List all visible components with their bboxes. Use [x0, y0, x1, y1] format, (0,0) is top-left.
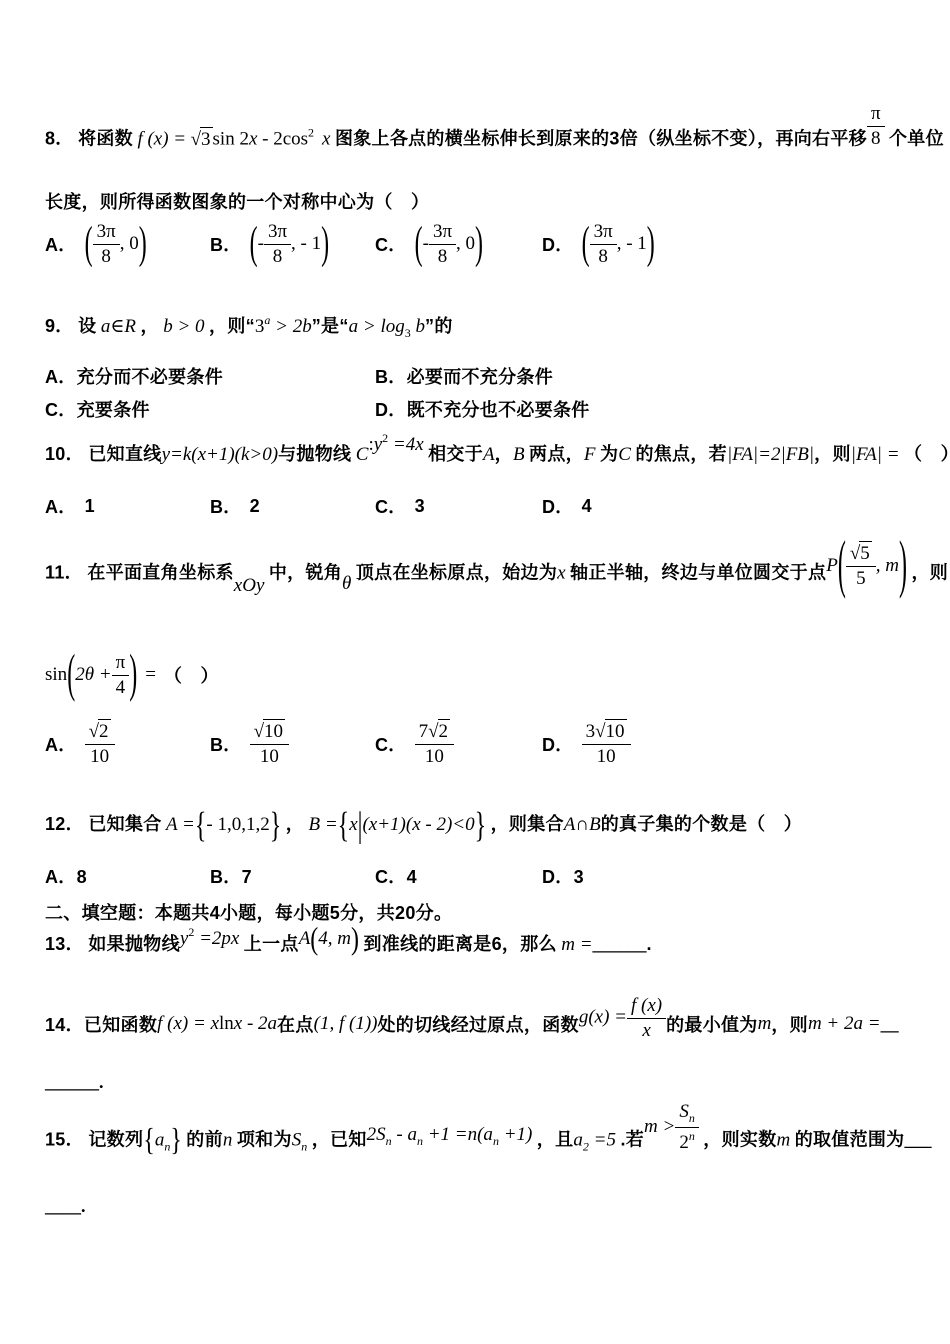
fraction: 3π8 — [264, 222, 291, 267]
sin-label: sin — [45, 664, 67, 686]
radicand: 10 — [605, 719, 627, 742]
math-fragment: 3 — [586, 721, 596, 742]
q13-text: 如果抛物线 — [88, 934, 180, 954]
right-paren: ) — [139, 222, 147, 268]
subscript: n — [689, 1111, 695, 1125]
option-label: C． — [375, 731, 407, 757]
left-paren: ( — [250, 222, 258, 268]
fraction-numerator: √2 — [85, 722, 115, 745]
q12-number: 12． — [45, 814, 84, 834]
math-fragment: =4x — [388, 434, 424, 455]
q14-blank-line2: ______. — [45, 1072, 104, 1093]
option-label: A． — [45, 493, 77, 519]
inequality: m >Sn2n — [644, 1119, 699, 1136]
math-fragment: a — [573, 1130, 583, 1151]
blank-line: ____. — [45, 1196, 86, 1216]
fraction-numerator: 3π — [429, 222, 456, 245]
exponent: n — [689, 1129, 695, 1143]
q11-option-b: B． √1010 — [210, 722, 289, 767]
subscript: n — [301, 1140, 307, 1154]
set-elements: - 1,0,1,2 — [206, 814, 269, 835]
math-fragment: 2 — [679, 1132, 689, 1153]
math-fragment: m = — [561, 934, 592, 955]
fraction-denominator: 10 — [85, 745, 115, 767]
set-bar: | — [358, 808, 363, 844]
q13-text: 到准线的距离是6，那么 — [363, 934, 556, 954]
fraction: 7√210 — [415, 722, 454, 767]
q9-text: ， — [140, 316, 158, 336]
q12-option-b: B．7 — [210, 863, 252, 889]
right-paren: ) — [647, 222, 655, 268]
fraction-denominator: 4 — [112, 676, 130, 698]
q14-text: 的最小值为 — [666, 1011, 758, 1037]
math-fragment: = — [145, 664, 156, 686]
fraction-denominator: 10 — [582, 745, 631, 767]
fraction-numerator: Sn — [675, 1102, 699, 1128]
q10-text: ，则 — [814, 444, 851, 464]
math-fragment: a∈R — [101, 316, 136, 337]
left-paren: ( — [582, 222, 590, 268]
fraction-numerator: π — [867, 104, 885, 127]
fraction-numerator: 3√10 — [582, 722, 631, 745]
fraction-numerator: 7√2 — [415, 722, 454, 745]
right-brace: } — [170, 1126, 182, 1157]
answer-paren: （ ） — [164, 662, 219, 688]
option-label: B． — [210, 493, 242, 519]
q12-text: ， — [286, 814, 304, 834]
math-fragment: y — [374, 434, 382, 455]
left-brace: { — [195, 808, 207, 844]
math-fragment: (1, f (1)) — [314, 1013, 378, 1035]
math-fragment: A — [483, 444, 495, 465]
math-fragment: , - 1 — [291, 233, 321, 255]
q9-line: 9． 设 a∈R ， b > 0 ，则“3a > 2b”是“a > log3 b… — [45, 312, 453, 341]
fraction: 3√1010 — [582, 722, 631, 767]
math-fragment: x — [557, 563, 565, 584]
q8-text: 长度，则所得函数图象的一个对称中心为（ ） — [45, 192, 429, 212]
q12-option-a: A．8 — [45, 863, 87, 889]
radicand: 2 — [98, 719, 111, 742]
radicand: 3 — [200, 127, 213, 150]
q9-option-c: C．充要条件 — [45, 396, 150, 422]
q9-text: 设 — [78, 316, 96, 336]
math-fragment: S — [679, 1101, 689, 1122]
fraction-denominator: 8 — [429, 245, 456, 267]
math-fragment: ln — [219, 1013, 234, 1035]
q15-text: ，则实数 — [703, 1130, 776, 1150]
right-paren: ) — [129, 649, 137, 702]
q10-options: A．1 B．2 C．3 D．4 — [45, 493, 915, 517]
q9-option-b: B．必要而不充分条件 — [375, 363, 553, 389]
math-fragment: f (x) = — [137, 129, 186, 150]
right-paren: ) — [899, 534, 907, 599]
fraction-denominator: 8 — [590, 245, 617, 267]
radical-sign: √ — [595, 721, 605, 742]
math-fragment: b — [411, 316, 425, 337]
q11-text: 轴正半轴，终边与单位圆交于点 — [570, 563, 826, 583]
left-paren: ( — [85, 222, 93, 268]
q11-text: 顶点在坐标原点，始边为 — [356, 563, 557, 583]
q11-text: ，则 — [911, 563, 948, 583]
radical: √3 — [191, 132, 213, 149]
radical-sign: √ — [428, 721, 438, 742]
q10-text: 已知直线 — [88, 444, 161, 464]
math-fragment: - 2cos — [257, 129, 308, 150]
fraction-numerator: f (x) — [627, 996, 666, 1019]
q12-options: A．8 B．7 C．4 D．3 — [45, 863, 915, 887]
q10-option-d: D．4 — [542, 493, 592, 519]
point-p: P(√55, m) — [826, 558, 907, 575]
left-paren: ( — [310, 924, 318, 955]
math-fragment: x - 2a — [234, 1013, 277, 1035]
math-fragment: n — [223, 1130, 233, 1151]
q10-line: 10． 已知直线y=k(x+1)(k>0)与抛物线 C:y2 =4x 相交于A，… — [45, 440, 950, 466]
math-fragment: , m — [876, 555, 899, 576]
q9-number: 9． — [45, 316, 74, 336]
q11-options: A． √210 B． √1010 C． 7√210 D． 3√1010 — [45, 722, 915, 780]
fraction: √210 — [85, 722, 115, 767]
blank-line: ______ — [593, 934, 647, 954]
fraction-pi-8: π8 — [867, 104, 885, 149]
fraction-numerator: √10 — [250, 722, 289, 745]
fraction-numerator: 3π — [264, 222, 291, 245]
q8-option-d: D． ( 3π8 , - 1 ) — [542, 222, 655, 267]
math-fragment: +1 =n(a — [423, 1124, 493, 1145]
q15-text: 记数列 — [88, 1130, 143, 1150]
point-a: A(4, m) — [299, 931, 359, 948]
q11-number: 11． — [45, 563, 83, 583]
math-fragment: C — [356, 444, 369, 465]
exponent: 2 — [308, 126, 314, 140]
q12-text: 的真子集的个数是（ ） — [601, 814, 802, 834]
right-paren: ) — [475, 222, 483, 268]
q15-text: ，已知 — [312, 1130, 367, 1150]
option-value: 3 — [415, 496, 425, 517]
q8-options: A． ( 3π8 , 0 ) B． ( - 3π8 , - 1 ) C． ( -… — [45, 222, 915, 284]
right-brace: } — [475, 808, 487, 844]
q14-line: 14． 已知函数 f (x) = x ln x - 2a 在点(1, f (1)… — [45, 992, 899, 1056]
fraction-denominator: 10 — [415, 745, 454, 767]
option-label: A． — [45, 731, 77, 757]
q8-option-c: C． ( - 3π8 , 0 ) — [375, 222, 483, 267]
q11-text: 在平面直角坐标系 — [87, 563, 233, 583]
left-paren: ( — [67, 649, 75, 702]
math-fragment: f (x) — [631, 995, 662, 1016]
q10-text: 的焦点，若 — [635, 444, 727, 464]
section2-header: 二、填空题：本题共4小题，每小题5分，共20分。 — [45, 899, 452, 925]
math-fragment: , 0 — [120, 233, 139, 255]
q10-option-b: B．2 — [210, 493, 260, 519]
q12-option-c: C．4 — [375, 863, 417, 889]
q9-option-d: D．既不充分也不必要条件 — [375, 396, 590, 422]
q10-text: 相交于 — [428, 444, 483, 464]
q13-number: 13． — [45, 934, 84, 954]
fraction-numerator: 3π — [93, 222, 120, 245]
math-fragment: S — [292, 1130, 302, 1151]
math-fragment: m — [777, 1130, 791, 1151]
math-fragment: a > log — [349, 316, 405, 337]
q15-line: 15． 记数列{an} 的前n 项和为Sn ，已知2Sn - an +1 =n(… — [45, 1116, 932, 1167]
math-fragment: A∩B — [564, 814, 601, 835]
math-fragment: - a — [392, 1124, 417, 1145]
math-fragment: > 2b — [270, 316, 311, 337]
q12-line: 12． 已知集合 A ={- 1,0,1,2} ， B ={x|(x+1)(x … — [45, 810, 802, 838]
option-label: C． — [375, 231, 407, 257]
left-brace: { — [143, 1126, 155, 1157]
q14-text: ，则 — [771, 1011, 808, 1037]
fraction: f (x)x — [627, 996, 666, 1041]
math-fragment: B = — [308, 814, 337, 835]
q8-line2: 长度，则所得函数图象的一个对称中心为（ ） — [45, 188, 429, 214]
raised-equation: :y2 =4x — [368, 437, 423, 454]
q14-text: 处的切线经过原点，函数 — [378, 1011, 579, 1037]
math-fragment: m — [758, 1013, 772, 1035]
q10-option-a: A．1 — [45, 493, 95, 519]
math-fragment: x — [349, 814, 357, 835]
q10-text: 与抛物线 — [278, 444, 351, 464]
math-fragment: x — [642, 1020, 650, 1041]
q14-text: 在点 — [277, 1011, 314, 1037]
fraction: Sn2n — [675, 1102, 699, 1153]
q8-line1: 8． 将函数 f (x) = √3sin 2x - 2cos2x 图象上各点的横… — [45, 118, 944, 163]
fraction-denominator: 8 — [93, 245, 120, 267]
right-brace: } — [270, 808, 282, 844]
option-label: B． — [210, 731, 242, 757]
math-fragment: A — [299, 928, 311, 949]
q8-number: 8． — [45, 129, 74, 149]
q12-text: 已知集合 — [88, 814, 161, 834]
q10-number: 10． — [45, 444, 84, 464]
math-fragment: , - 1 — [617, 233, 647, 255]
option-label: A．8 — [45, 863, 87, 889]
q11-option-c: C． 7√210 — [375, 722, 454, 767]
q9-text: ”的 — [425, 316, 453, 336]
left-paren: ( — [415, 222, 423, 268]
radicand: 10 — [263, 719, 285, 742]
radicand: 5 — [859, 541, 872, 564]
math-fragment: =2px — [194, 928, 239, 949]
math-fragment: +1) — [499, 1124, 532, 1145]
math-fragment: 2S — [367, 1124, 386, 1145]
option-label: D． — [542, 731, 574, 757]
math-fragment: B — [513, 444, 525, 465]
left-brace: { — [338, 808, 350, 844]
radicand: 2 — [438, 719, 451, 742]
q8-text: 图象上各点的横坐标伸长到原来的3倍（纵坐标不变），再向右平移 — [335, 129, 867, 149]
math-fragment: (x+1)(x - 2)<0 — [362, 814, 474, 835]
q15-text: 的取值范围为 — [795, 1130, 905, 1150]
math-fragment: P — [826, 555, 838, 576]
q14-number: 14． — [45, 1011, 84, 1037]
q15-text: .若 — [620, 1130, 644, 1150]
q12-text: ，则集合 — [491, 814, 564, 834]
blank-line: ___ — [905, 1130, 932, 1150]
q11-text: 中，锐角 — [269, 563, 342, 583]
fraction-denominator: 2n — [675, 1128, 699, 1153]
fraction-numerator: 3π — [590, 222, 617, 245]
fraction: 3π8 — [590, 222, 617, 267]
math-fragment: sin 2 — [213, 129, 249, 150]
q11-option-a: A． √210 — [45, 722, 115, 767]
fraction-denominator: 10 — [250, 745, 289, 767]
q9-option-a: A．充分而不必要条件 — [45, 363, 223, 389]
option-label: A． — [45, 231, 77, 257]
math-fragment: y=k(x+1)(k>0) — [162, 444, 279, 465]
q15-text: 项和为 — [237, 1130, 292, 1150]
math-fragment: |FA| = — [851, 444, 900, 465]
q10-text: 两点， — [529, 444, 584, 464]
option-label: C． — [375, 493, 407, 519]
fraction: π4 — [112, 653, 130, 698]
q14-text: 已知函数 — [84, 1011, 157, 1037]
fraction-denominator: 8 — [264, 245, 291, 267]
fraction: √55 — [846, 544, 876, 589]
fraction-numerator: √5 — [846, 544, 876, 567]
math-fragment: g(x) = — [579, 1006, 627, 1027]
option-label: D． — [542, 231, 574, 257]
g-function: g(x) =f (x)x — [579, 996, 666, 1041]
option-label: C．4 — [375, 863, 417, 889]
fraction: 3π8 — [429, 222, 456, 267]
recurrence-equation: 2Sn - an +1 =n(an +1) — [367, 1127, 533, 1144]
q8-text: 将函数 — [78, 129, 133, 149]
math-fragment: , 0 — [456, 233, 475, 255]
q9-text: ，则“ — [209, 316, 255, 336]
q15-text: ，且 — [537, 1130, 574, 1150]
right-paren: ) — [321, 222, 329, 268]
math-fragment: f (x) = x — [157, 1013, 219, 1035]
raised-equation: y2 =2px — [180, 931, 239, 948]
math-fragment: a — [155, 1130, 165, 1151]
math-fragment: 4, m — [318, 928, 351, 949]
math-fragment: F — [584, 444, 596, 465]
blank-line: ______. — [45, 1072, 104, 1092]
fraction-denominator: 5 — [846, 567, 876, 589]
q11-option-d: D． 3√1010 — [542, 722, 631, 767]
lowered-fragment: xOy — [234, 575, 265, 596]
q11-line1: 11． 在平面直角坐标系xOy 中，锐角θ 顶点在坐标原点，始边为x 轴正半轴，… — [45, 552, 948, 597]
math-fragment: 7 — [419, 721, 429, 742]
fraction-denominator: 8 — [867, 127, 885, 149]
q8-option-b: B． ( - 3π8 , - 1 ) — [210, 222, 329, 267]
option-label: B．7 — [210, 863, 252, 889]
fraction: √1010 — [250, 722, 289, 767]
q13-line: 13． 如果抛物线y2 =2px 上一点A(4, m) 到准线的距离是6，那么 … — [45, 930, 652, 958]
q15-blank-line2: ____. — [45, 1196, 86, 1217]
exam-page: 8． 将函数 f (x) = √3sin 2x - 2cos2x 图象上各点的横… — [0, 0, 950, 1344]
math-fragment: m + 2a = — [808, 1013, 881, 1035]
section2-title: 二、填空题：本题共4小题，每小题5分，共20分。 — [45, 903, 452, 923]
option-label: D． — [542, 493, 574, 519]
math-fragment: 3 — [255, 316, 265, 337]
q12-option-d: D．3 — [542, 863, 584, 889]
option-value: 2 — [250, 496, 260, 517]
q10-text: （ ） — [904, 444, 950, 464]
q8-text: 个单位 — [889, 129, 944, 149]
period: . — [647, 934, 652, 954]
math-fragment: x — [322, 129, 330, 150]
right-paren: ) — [351, 924, 359, 955]
q11-formula: sin ( 2θ + π4 ) = （ ） — [45, 640, 219, 710]
option-value: 1 — [85, 496, 95, 517]
fraction-denominator: x — [627, 1019, 666, 1041]
math-fragment: =5 — [589, 1130, 616, 1151]
fraction: 3π8 — [93, 222, 120, 267]
q8-option-a: A． ( 3π8 , 0 ) — [45, 222, 147, 267]
q15-text: 的前 — [186, 1130, 223, 1150]
q10-text: 为 — [600, 444, 618, 464]
left-paren: ( — [838, 534, 846, 599]
math-fragment: m > — [644, 1116, 675, 1137]
math-fragment: b > 0 — [163, 316, 204, 337]
option-value: 4 — [582, 496, 592, 517]
option-label: D．3 — [542, 863, 584, 889]
q13-text: 上一点 — [244, 934, 299, 954]
math-fragment: C — [618, 444, 631, 465]
lowered-fragment: θ — [342, 573, 351, 594]
option-label: B． — [210, 231, 242, 257]
q15-number: 15． — [45, 1130, 84, 1150]
math-fragment: A = — [166, 814, 195, 835]
q9-text: ”是“ — [312, 316, 349, 336]
fraction-numerator: π — [112, 653, 130, 676]
q10-option-c: C．3 — [375, 493, 425, 519]
math-fragment: |FA|=2|FB| — [727, 444, 814, 465]
blank-line: __ — [881, 1014, 899, 1035]
q10-text: ， — [495, 444, 513, 464]
math-fragment: 2θ + — [75, 664, 111, 686]
